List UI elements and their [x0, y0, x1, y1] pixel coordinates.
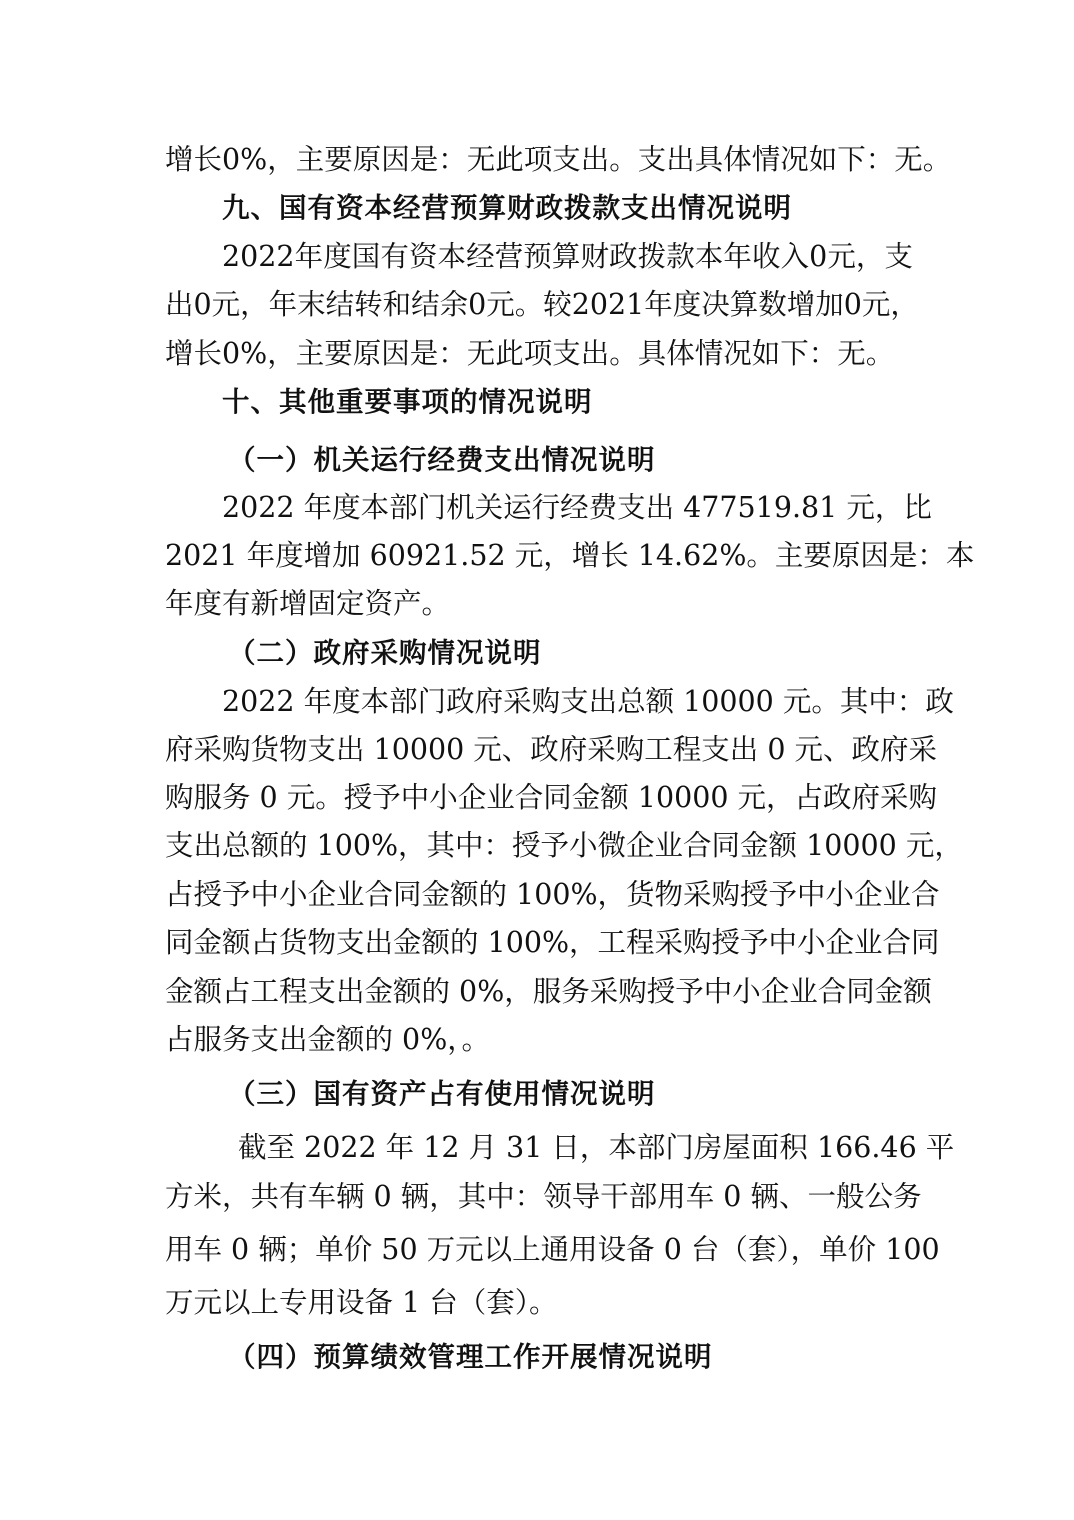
- subsection-heading-1: （一）机关运行经费支出情况说明: [228, 442, 976, 478]
- paragraph-line: 增长0%，主要原因是：无此项支出。具体情况如下：无。: [165, 336, 913, 372]
- paragraph-line: 截至 2022 年 12 月 31 日，本部门房屋面积 166.46 平: [238, 1130, 913, 1166]
- paragraph-line: 占服务支出金额的 0%，。: [165, 1022, 913, 1058]
- paragraph-line: 金额占工程支出金额的 0%，服务采购授予中小企业合同金额: [165, 974, 913, 1010]
- paragraph-line: 2021 年度增加 60921.52 元，增长 14.62%。主要原因是：本: [165, 538, 913, 574]
- paragraph-line: 增长0%，主要原因是：无此项支出。支出具体情况如下：无。: [165, 142, 913, 178]
- document-page: 增长0%，主要原因是：无此项支出。支出具体情况如下：无。 九、国有资本经营预算财…: [0, 0, 1074, 1520]
- paragraph-line: 购服务 0 元。授予中小企业合同金额 10000 元，占政府采购: [165, 780, 913, 816]
- paragraph-line: 出0元，年末结转和结余0元。较2021年度决算数增加0元，: [165, 287, 913, 323]
- paragraph-line: 府采购货物支出 10000 元、政府采购工程支出 0 元、政府采: [165, 732, 913, 768]
- paragraph-line: 2022 年度本部门政府采购支出总额 10000 元。其中：政: [222, 684, 913, 720]
- paragraph-line: 支出总额的 100%，其中：授予小微企业合同金额 10000 元，: [165, 828, 913, 864]
- section-heading-9: 九、国有资本经营预算财政拨款支出情况说明: [222, 190, 970, 226]
- paragraph-line: 用车 0 辆；单价 50 万元以上通用设备 0 台（套），单价 100: [165, 1232, 913, 1268]
- paragraph-line: 年度有新增固定资产。: [165, 586, 913, 622]
- paragraph-line: 占授予中小企业合同金额的 100%，货物采购授予中小企业合: [165, 877, 913, 913]
- paragraph-line: 2022年度国有资本经营预算财政拨款本年收入0元，支: [222, 239, 913, 275]
- subsection-heading-3: （三）国有资产占有使用情况说明: [228, 1076, 976, 1112]
- subsection-heading-4: （四）预算绩效管理工作开展情况说明: [228, 1339, 976, 1375]
- paragraph-line: 2022 年度本部门机关运行经费支出 477519.81 元，比: [222, 490, 913, 526]
- subsection-heading-2: （二）政府采购情况说明: [228, 635, 976, 671]
- paragraph-line: 方米，共有车辆 0 辆，其中：领导干部用车 0 辆、一般公务: [165, 1179, 913, 1215]
- section-heading-10: 十、其他重要事项的情况说明: [222, 384, 970, 420]
- paragraph-line: 万元以上专用设备 1 台（套）。: [165, 1285, 913, 1321]
- paragraph-line: 同金额占货物支出金额的 100%，工程采购授予中小企业合同: [165, 925, 913, 961]
